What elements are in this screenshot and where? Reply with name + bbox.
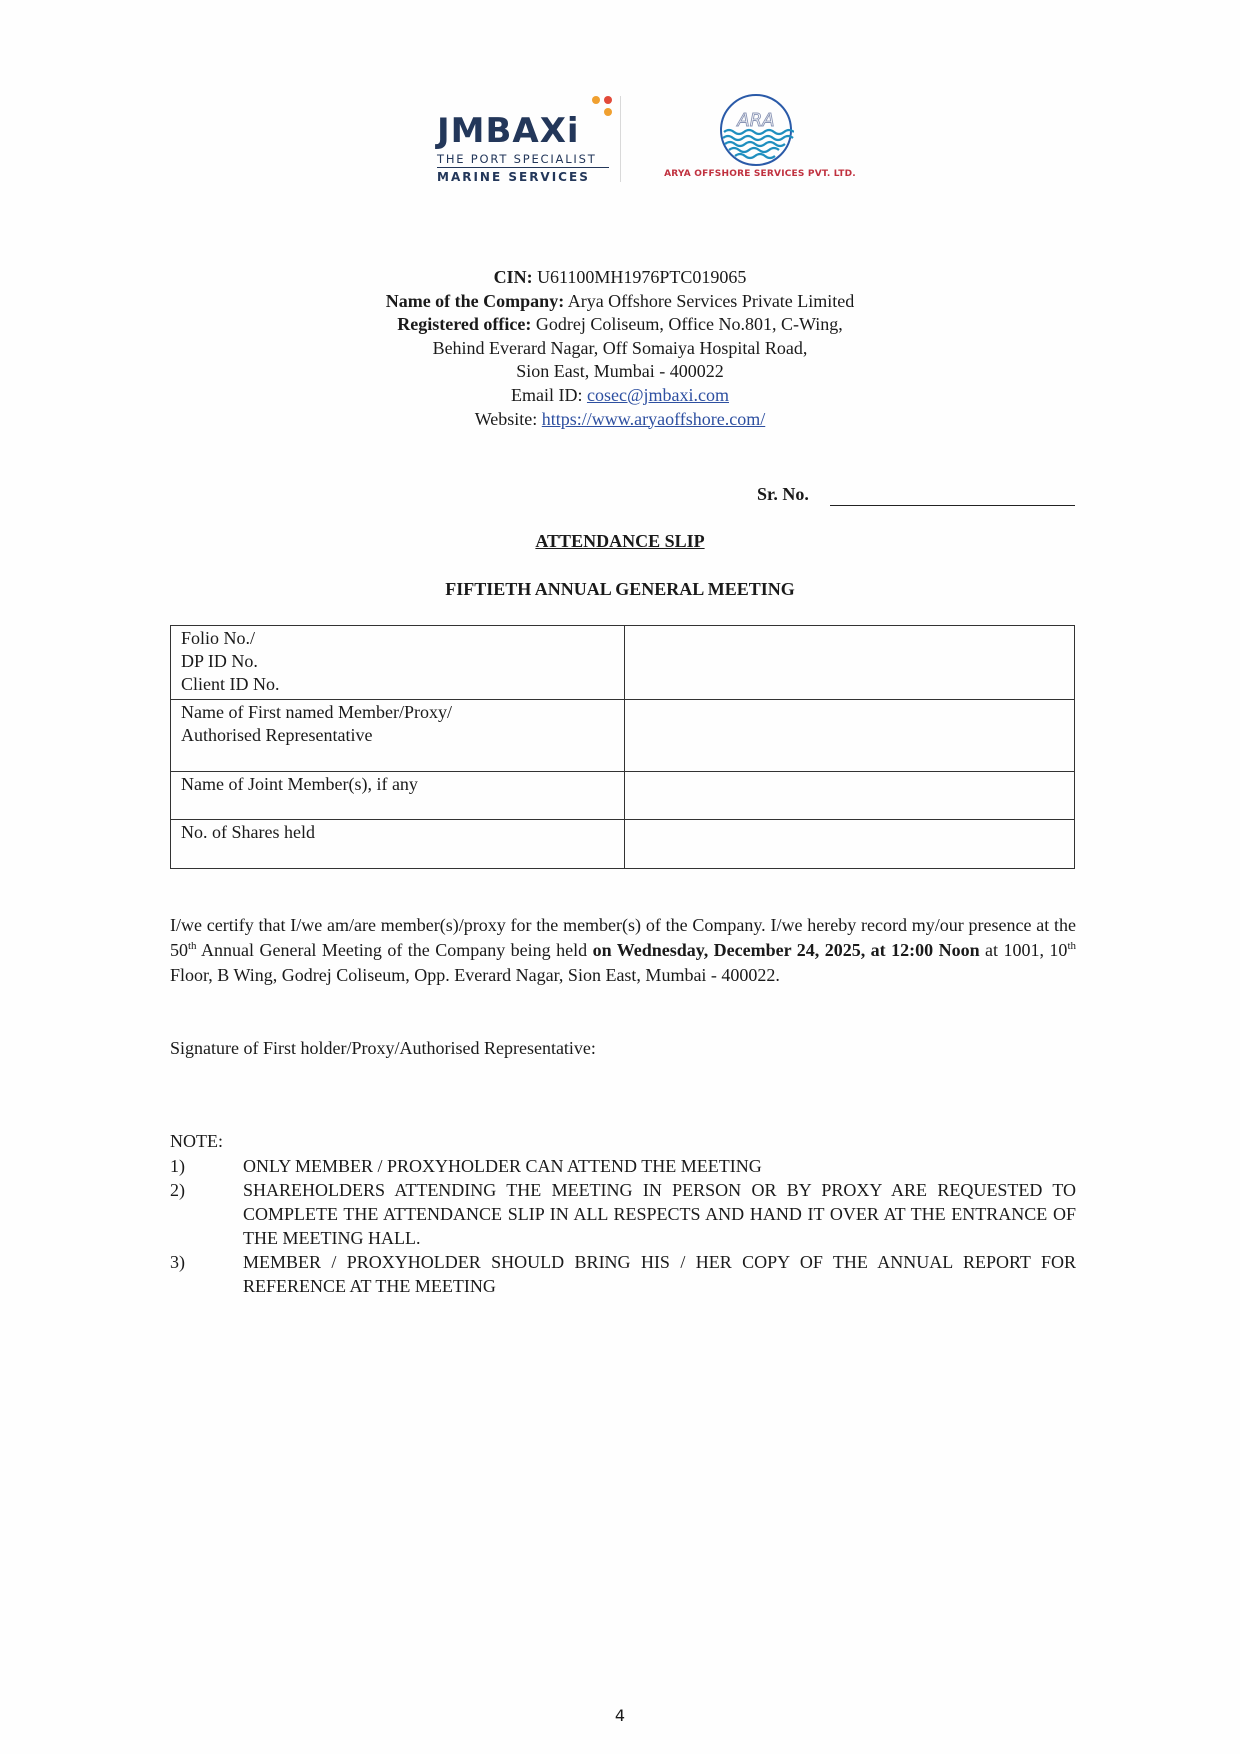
arya-company-name: ARYA OFFSHORE SERVICES PVT. LTD.	[655, 169, 865, 179]
page-number: 4	[0, 1706, 1240, 1725]
website-line: Website: https://www.aryaoffshore.com/	[200, 408, 1040, 432]
jm-baxi-tagline: THE PORT SPECIALIST	[437, 152, 597, 166]
table-row: No. of Shares held	[171, 820, 1075, 869]
note-heading: NOTE:	[170, 1131, 223, 1152]
arya-wave-emblem-icon: ARA	[718, 92, 794, 168]
website-link[interactable]: https://www.aryaoffshore.com/	[542, 409, 765, 429]
meeting-date-time: on Wednesday, December 24, 2025, at 12:0…	[593, 940, 980, 960]
table-row: Folio No./ DP ID No. Client ID No.	[171, 626, 1075, 700]
attendance-form-table: Folio No./ DP ID No. Client ID No. Name …	[170, 625, 1075, 869]
member-name-label: Name of First named Member/Proxy/ Author…	[171, 700, 625, 772]
cin-line: CIN: U61100MH1976PTC019065	[200, 266, 1040, 290]
page-title: ATTENDANCE SLIP	[0, 531, 1240, 552]
arya-logo: ARA ARYA OFFSHORE SERVICES PVT. LTD.	[655, 92, 865, 184]
member-name-field[interactable]	[625, 700, 1075, 772]
email-line: Email ID: cosec@jmbaxi.com	[200, 384, 1040, 408]
folio-field[interactable]	[625, 626, 1075, 700]
joint-member-label: Name of Joint Member(s), if any	[171, 772, 625, 820]
notes-list: 1) ONLY MEMBER / PROXYHOLDER CAN ATTEND …	[170, 1154, 1076, 1298]
company-name: Arya Offshore Services Private Limited	[568, 291, 855, 311]
company-header: CIN: U61100MH1976PTC019065 Name of the C…	[200, 266, 1040, 431]
email-link[interactable]: cosec@jmbaxi.com	[587, 385, 729, 405]
address-line-2: Behind Everard Nagar, Off Somaiya Hospit…	[200, 337, 1040, 361]
jm-baxi-wordmark: JMBAXi	[437, 114, 580, 148]
jm-baxi-division: MARINE SERVICES	[437, 170, 590, 184]
table-row: Name of First named Member/Proxy/ Author…	[171, 700, 1075, 772]
shares-held-field[interactable]	[625, 820, 1075, 869]
svg-text:ARA: ARA	[736, 110, 774, 131]
certification-paragraph: I/we certify that I/we am/are member(s)/…	[170, 913, 1076, 988]
list-item: 1) ONLY MEMBER / PROXYHOLDER CAN ATTEND …	[170, 1154, 1076, 1178]
logo-rule	[437, 167, 609, 168]
cin-value: U61100MH1976PTC019065	[537, 267, 746, 287]
jm-baxi-logo: JMBAXi THE PORT SPECIALIST MARINE SERVIC…	[437, 92, 613, 184]
sr-no-label: Sr. No.	[757, 484, 809, 505]
list-item: 2) SHAREHOLDERS ATTENDING THE MEETING IN…	[170, 1178, 1076, 1250]
address-line-3: Sion East, Mumbai - 400022	[200, 360, 1040, 384]
document-page: JMBAXi THE PORT SPECIALIST MARINE SERVIC…	[0, 0, 1240, 1754]
signature-label: Signature of First holder/Proxy/Authoris…	[170, 1038, 596, 1059]
joint-member-field[interactable]	[625, 772, 1075, 820]
meeting-subtitle: FIFTIETH ANNUAL GENERAL MEETING	[0, 579, 1240, 600]
sr-no-field[interactable]	[830, 505, 1075, 506]
logo-divider	[620, 96, 621, 182]
shares-held-label: No. of Shares held	[171, 820, 625, 869]
table-row: Name of Joint Member(s), if any	[171, 772, 1075, 820]
list-item: 3) MEMBER / PROXYHOLDER SHOULD BRING HIS…	[170, 1250, 1076, 1298]
company-name-line: Name of the Company: Arya Offshore Servi…	[200, 290, 1040, 314]
folio-label: Folio No./ DP ID No. Client ID No.	[171, 626, 625, 700]
registered-office-line: Registered office: Godrej Coliseum, Offi…	[200, 313, 1040, 337]
